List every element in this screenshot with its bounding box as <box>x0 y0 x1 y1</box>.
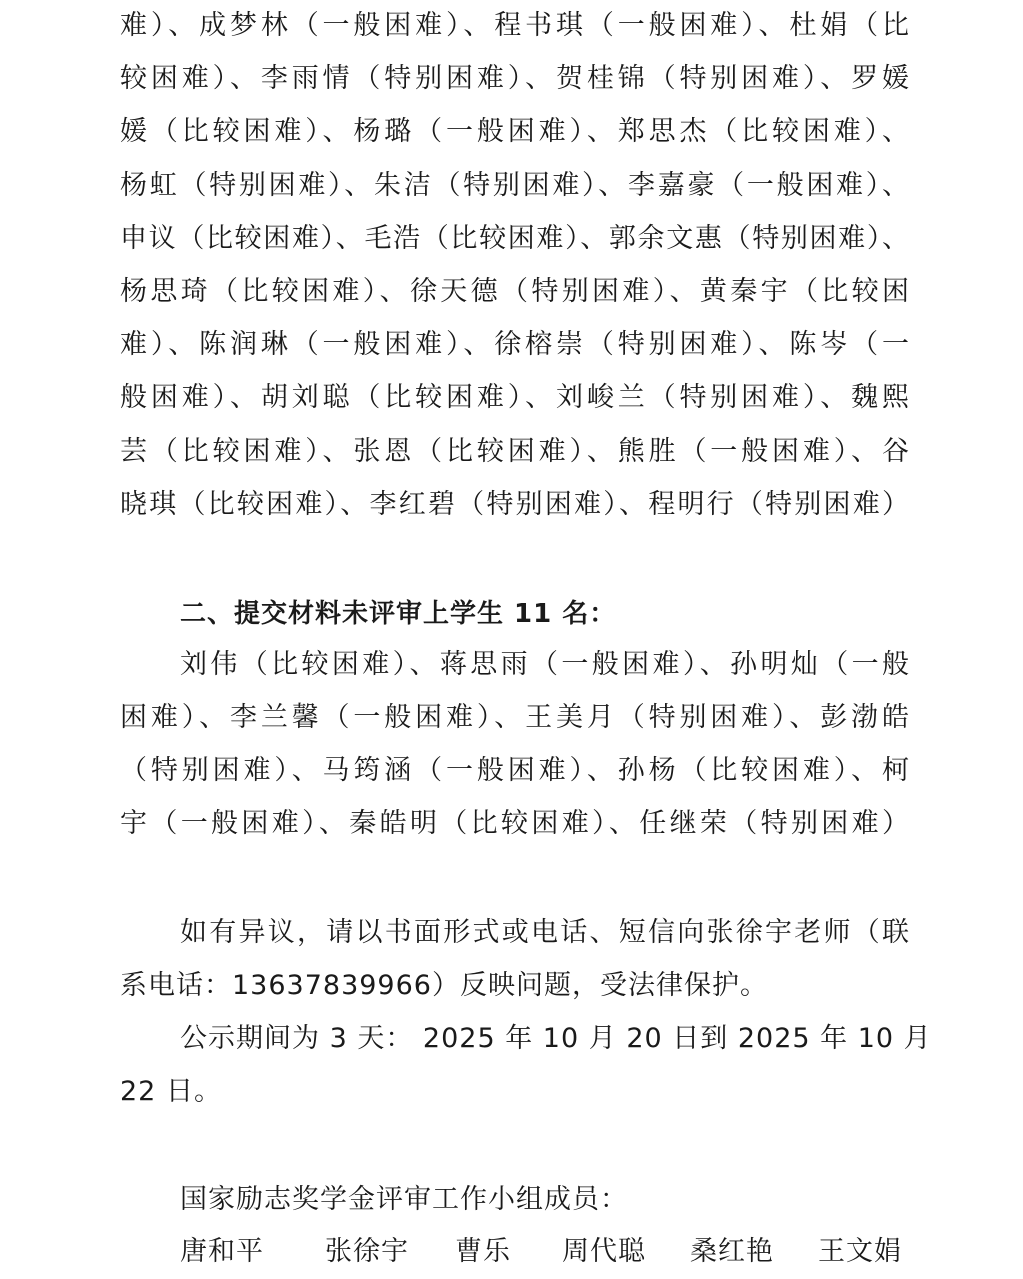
objection-notice-cont: 系电话：13637839966）反映问题，受法律保护。 <box>120 966 910 1006</box>
student-list-line: 较困难）、李雨情（特别困难）、贺桂锦（特别困难）、罗媛 <box>120 59 910 99</box>
student-list-line: 申议（比较困难）、毛浩（比较困难）、郭余文惠（特别困难）、 <box>120 219 910 259</box>
student-list-line: 刘伟（比较困难）、蒋思雨（一般困难）、孙明灿（一般 <box>180 645 910 685</box>
student-list-line: 困难）、李兰馨（一般困难）、王美月（特别困难）、彭渤皓 <box>120 698 910 738</box>
committee-member: 桑红艳 <box>690 1232 774 1272</box>
section-heading: 二、提交材料未评审上学生 11 名： <box>180 594 910 634</box>
student-list-line: 杨思琦（比较困难）、徐天德（特别困难）、黄秦宇（比较困 <box>120 272 910 312</box>
committee-member: 张徐宇 <box>325 1232 409 1272</box>
student-list-line: （特别困难）、马筠涵（一般困难）、孙杨（比较困难）、柯 <box>120 751 910 791</box>
committee-title: 国家励志奖学金评审工作小组成员： <box>180 1180 910 1220</box>
student-list-line: 难）、成梦林（一般困难）、程书琪（一般困难）、杜娟（比 <box>120 6 910 46</box>
student-list-line: 媛（比较困难）、杨璐（一般困难）、郑思杰（比较困难）、 <box>120 112 910 152</box>
student-list-line: 难）、陈润琳（一般困难）、徐榕崇（特别困难）、陈岑（一 <box>120 325 910 365</box>
committee-member: 唐和平 <box>180 1232 264 1272</box>
publicity-period-cont: 22 日。 <box>120 1072 910 1112</box>
student-list-line: 晓琪（比较困难）、李红碧（特别困难）、程明行（特别困难） <box>120 485 910 525</box>
committee-member: 曹乐 <box>455 1232 511 1272</box>
objection-notice: 如有异议，请以书面形式或电话、短信向张徐宇老师（联 <box>180 913 910 953</box>
publicity-period: 公示期间为 3 天： 2025 年 10 月 20 日到 2025 年 10 月 <box>180 1019 910 1059</box>
student-list-line: 宇（一般困难）、秦皓明（比较困难）、任继荣（特别困难） <box>120 804 910 844</box>
student-list-line: 般困难）、胡刘聪（比较困难）、刘峻兰（特别困难）、魏熙 <box>120 378 910 418</box>
student-list-line: 芸（比较困难）、张恩（比较困难）、熊胜（一般困难）、谷 <box>120 432 910 472</box>
committee-member: 周代聪 <box>562 1232 646 1272</box>
student-list-line: 杨虹（特别困难）、朱洁（特别困难）、李嘉豪（一般困难）、 <box>120 166 910 206</box>
committee-member: 王文娟 <box>818 1232 902 1272</box>
